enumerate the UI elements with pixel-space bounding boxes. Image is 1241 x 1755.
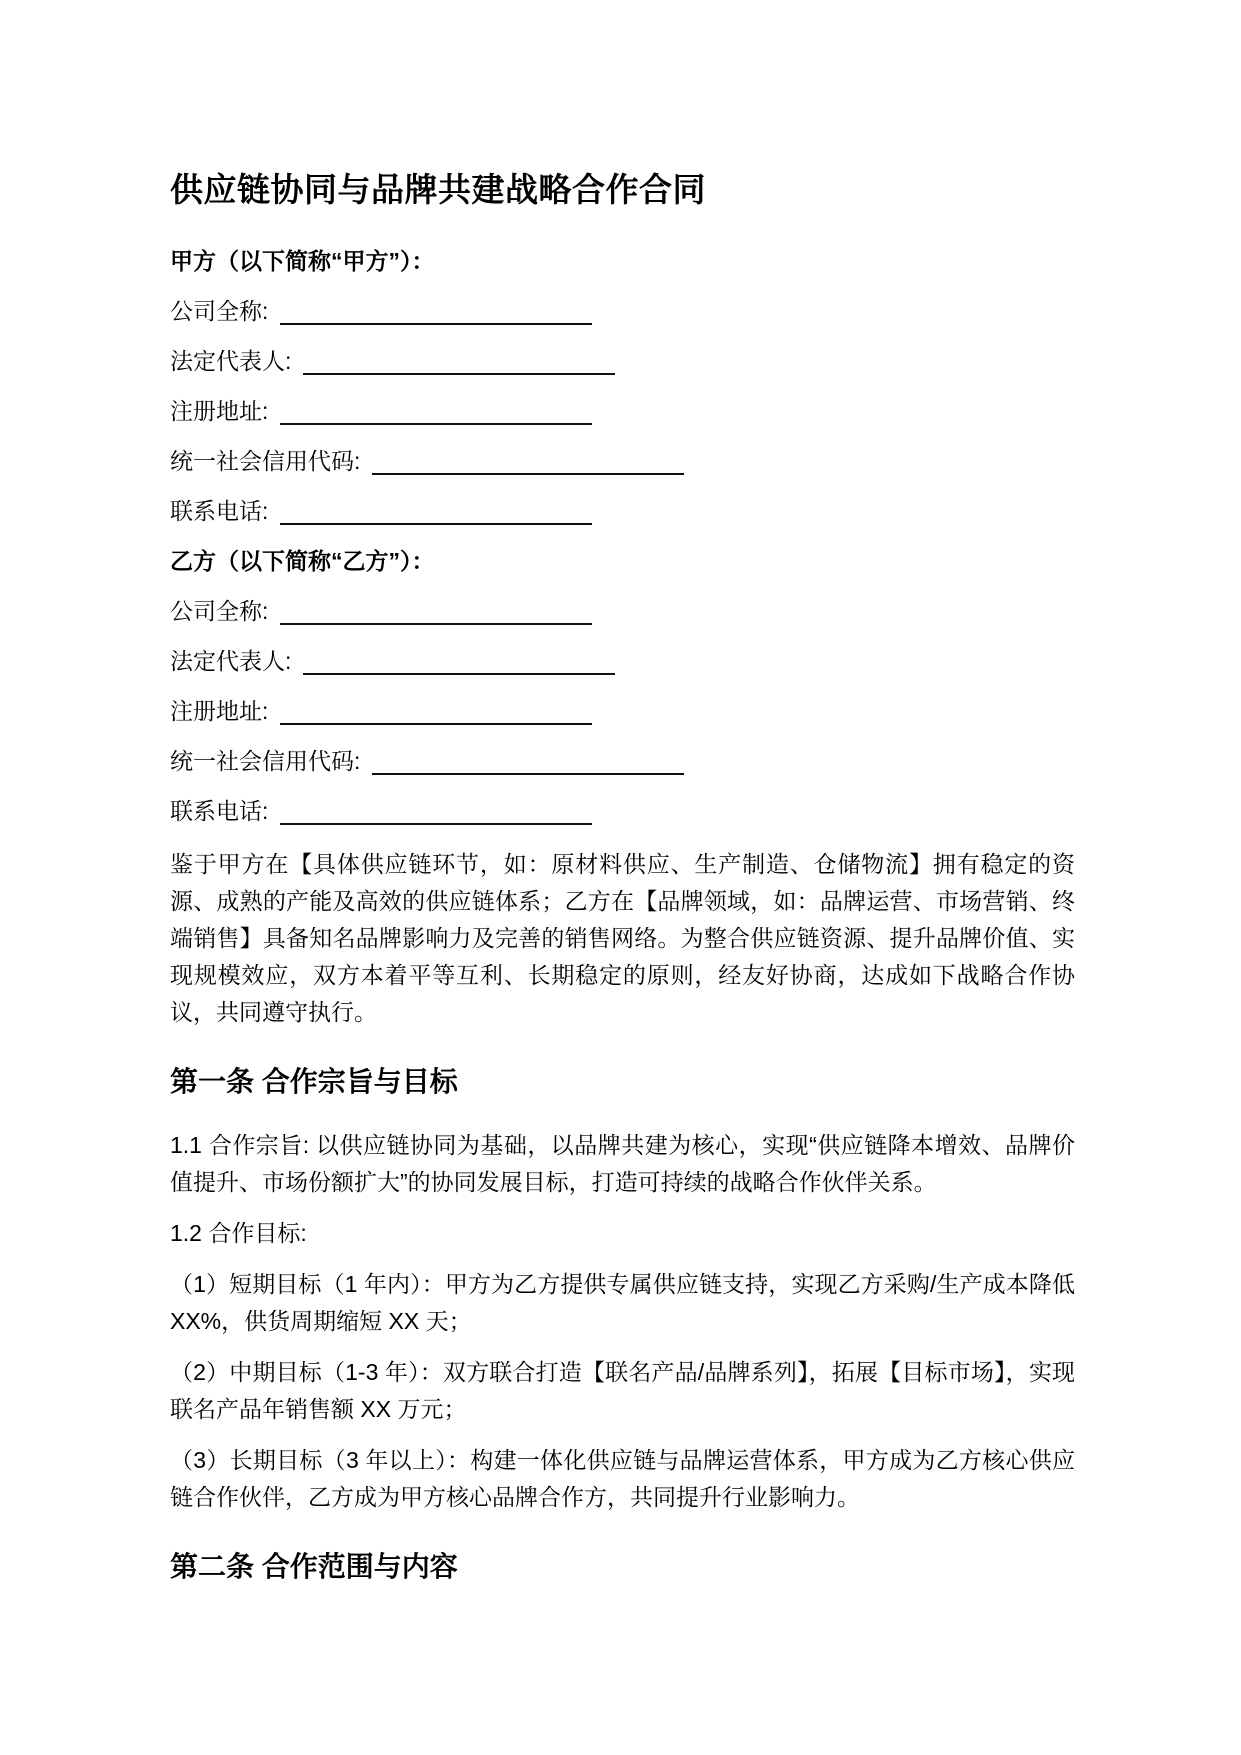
registered-address-label: 注册地址: [170, 698, 268, 724]
party-b-section: 乙方（以下简称“乙方”）： 公司全称: 法定代表人: 注册地址: 统一社会信用代… [170, 546, 1075, 826]
clause-1-2-short-term-goal: （1）短期目标（1 年内）：甲方为乙方提供专属供应链支持，实现乙方采购/生产成本… [170, 1266, 1075, 1340]
legal-representative-label: 法定代表人: [170, 348, 291, 374]
clause-1-1-purpose: 1.1 合作宗旨: 以供应链协同为基础，以品牌共建为核心，实现“供应链降本增效、… [170, 1127, 1075, 1201]
credit-code-blank[interactable] [372, 773, 684, 775]
contract-document-page: 供应链协同与品牌共建战略合作合同 甲方（以下简称“甲方”）： 公司全称: 法定代… [0, 0, 1241, 1755]
clause-1-2-long-term-goal: （3）长期目标（3 年以上）：构建一体化供应链与品牌运营体系，甲方成为乙方核心供… [170, 1442, 1075, 1516]
party-b-row-legal-representative: 法定代表人: [170, 646, 1075, 676]
legal-representative-blank[interactable] [303, 373, 615, 375]
company-name-label: 公司全称: [170, 598, 268, 624]
phone-label: 联系电话: [170, 498, 268, 524]
party-a-row-credit-code: 统一社会信用代码: [170, 446, 1075, 476]
legal-representative-blank[interactable] [303, 673, 615, 675]
credit-code-blank[interactable] [372, 473, 684, 475]
section-2-heading: 第二条 合作范围与内容 [170, 1548, 1075, 1586]
party-b-row-company-name: 公司全称: [170, 596, 1075, 626]
credit-code-label: 统一社会信用代码: [170, 448, 360, 474]
party-a-row-company-name: 公司全称: [170, 296, 1075, 326]
party-b-row-registered-address: 注册地址: [170, 696, 1075, 726]
clause-1-2-mid-term-goal: （2）中期目标（1-3 年）：双方联合打造【联名产品/品牌系列】，拓展【目标市场… [170, 1354, 1075, 1428]
credit-code-label: 统一社会信用代码: [170, 748, 360, 774]
company-name-label: 公司全称: [170, 298, 268, 324]
phone-blank[interactable] [280, 823, 592, 825]
contract-title: 供应链协同与品牌共建战略合作合同 [170, 168, 1075, 212]
party-a-heading: 甲方（以下简称“甲方”）： [170, 246, 1075, 276]
legal-representative-label: 法定代表人: [170, 648, 291, 674]
registered-address-blank[interactable] [280, 723, 592, 725]
clause-1-2-goals-label: 1.2 合作目标: [170, 1215, 1075, 1252]
company-name-blank[interactable] [280, 623, 592, 625]
section-1-heading: 第一条 合作宗旨与目标 [170, 1063, 1075, 1101]
party-b-heading: 乙方（以下简称“乙方”）： [170, 546, 1075, 576]
party-a-section: 甲方（以下简称“甲方”）： 公司全称: 法定代表人: 注册地址: 统一社会信用代… [170, 246, 1075, 526]
party-a-row-registered-address: 注册地址: [170, 396, 1075, 426]
registered-address-blank[interactable] [280, 423, 592, 425]
party-b-row-credit-code: 统一社会信用代码: [170, 746, 1075, 776]
party-a-row-legal-representative: 法定代表人: [170, 346, 1075, 376]
party-b-row-phone: 联系电话: [170, 796, 1075, 826]
party-a-row-phone: 联系电话: [170, 496, 1075, 526]
phone-blank[interactable] [280, 523, 592, 525]
company-name-blank[interactable] [280, 323, 592, 325]
phone-label: 联系电话: [170, 798, 268, 824]
registered-address-label: 注册地址: [170, 398, 268, 424]
preamble-paragraph: 鉴于甲方在【具体供应链环节，如：原材料供应、生产制造、仓储物流】拥有稳定的资源、… [170, 846, 1075, 1031]
